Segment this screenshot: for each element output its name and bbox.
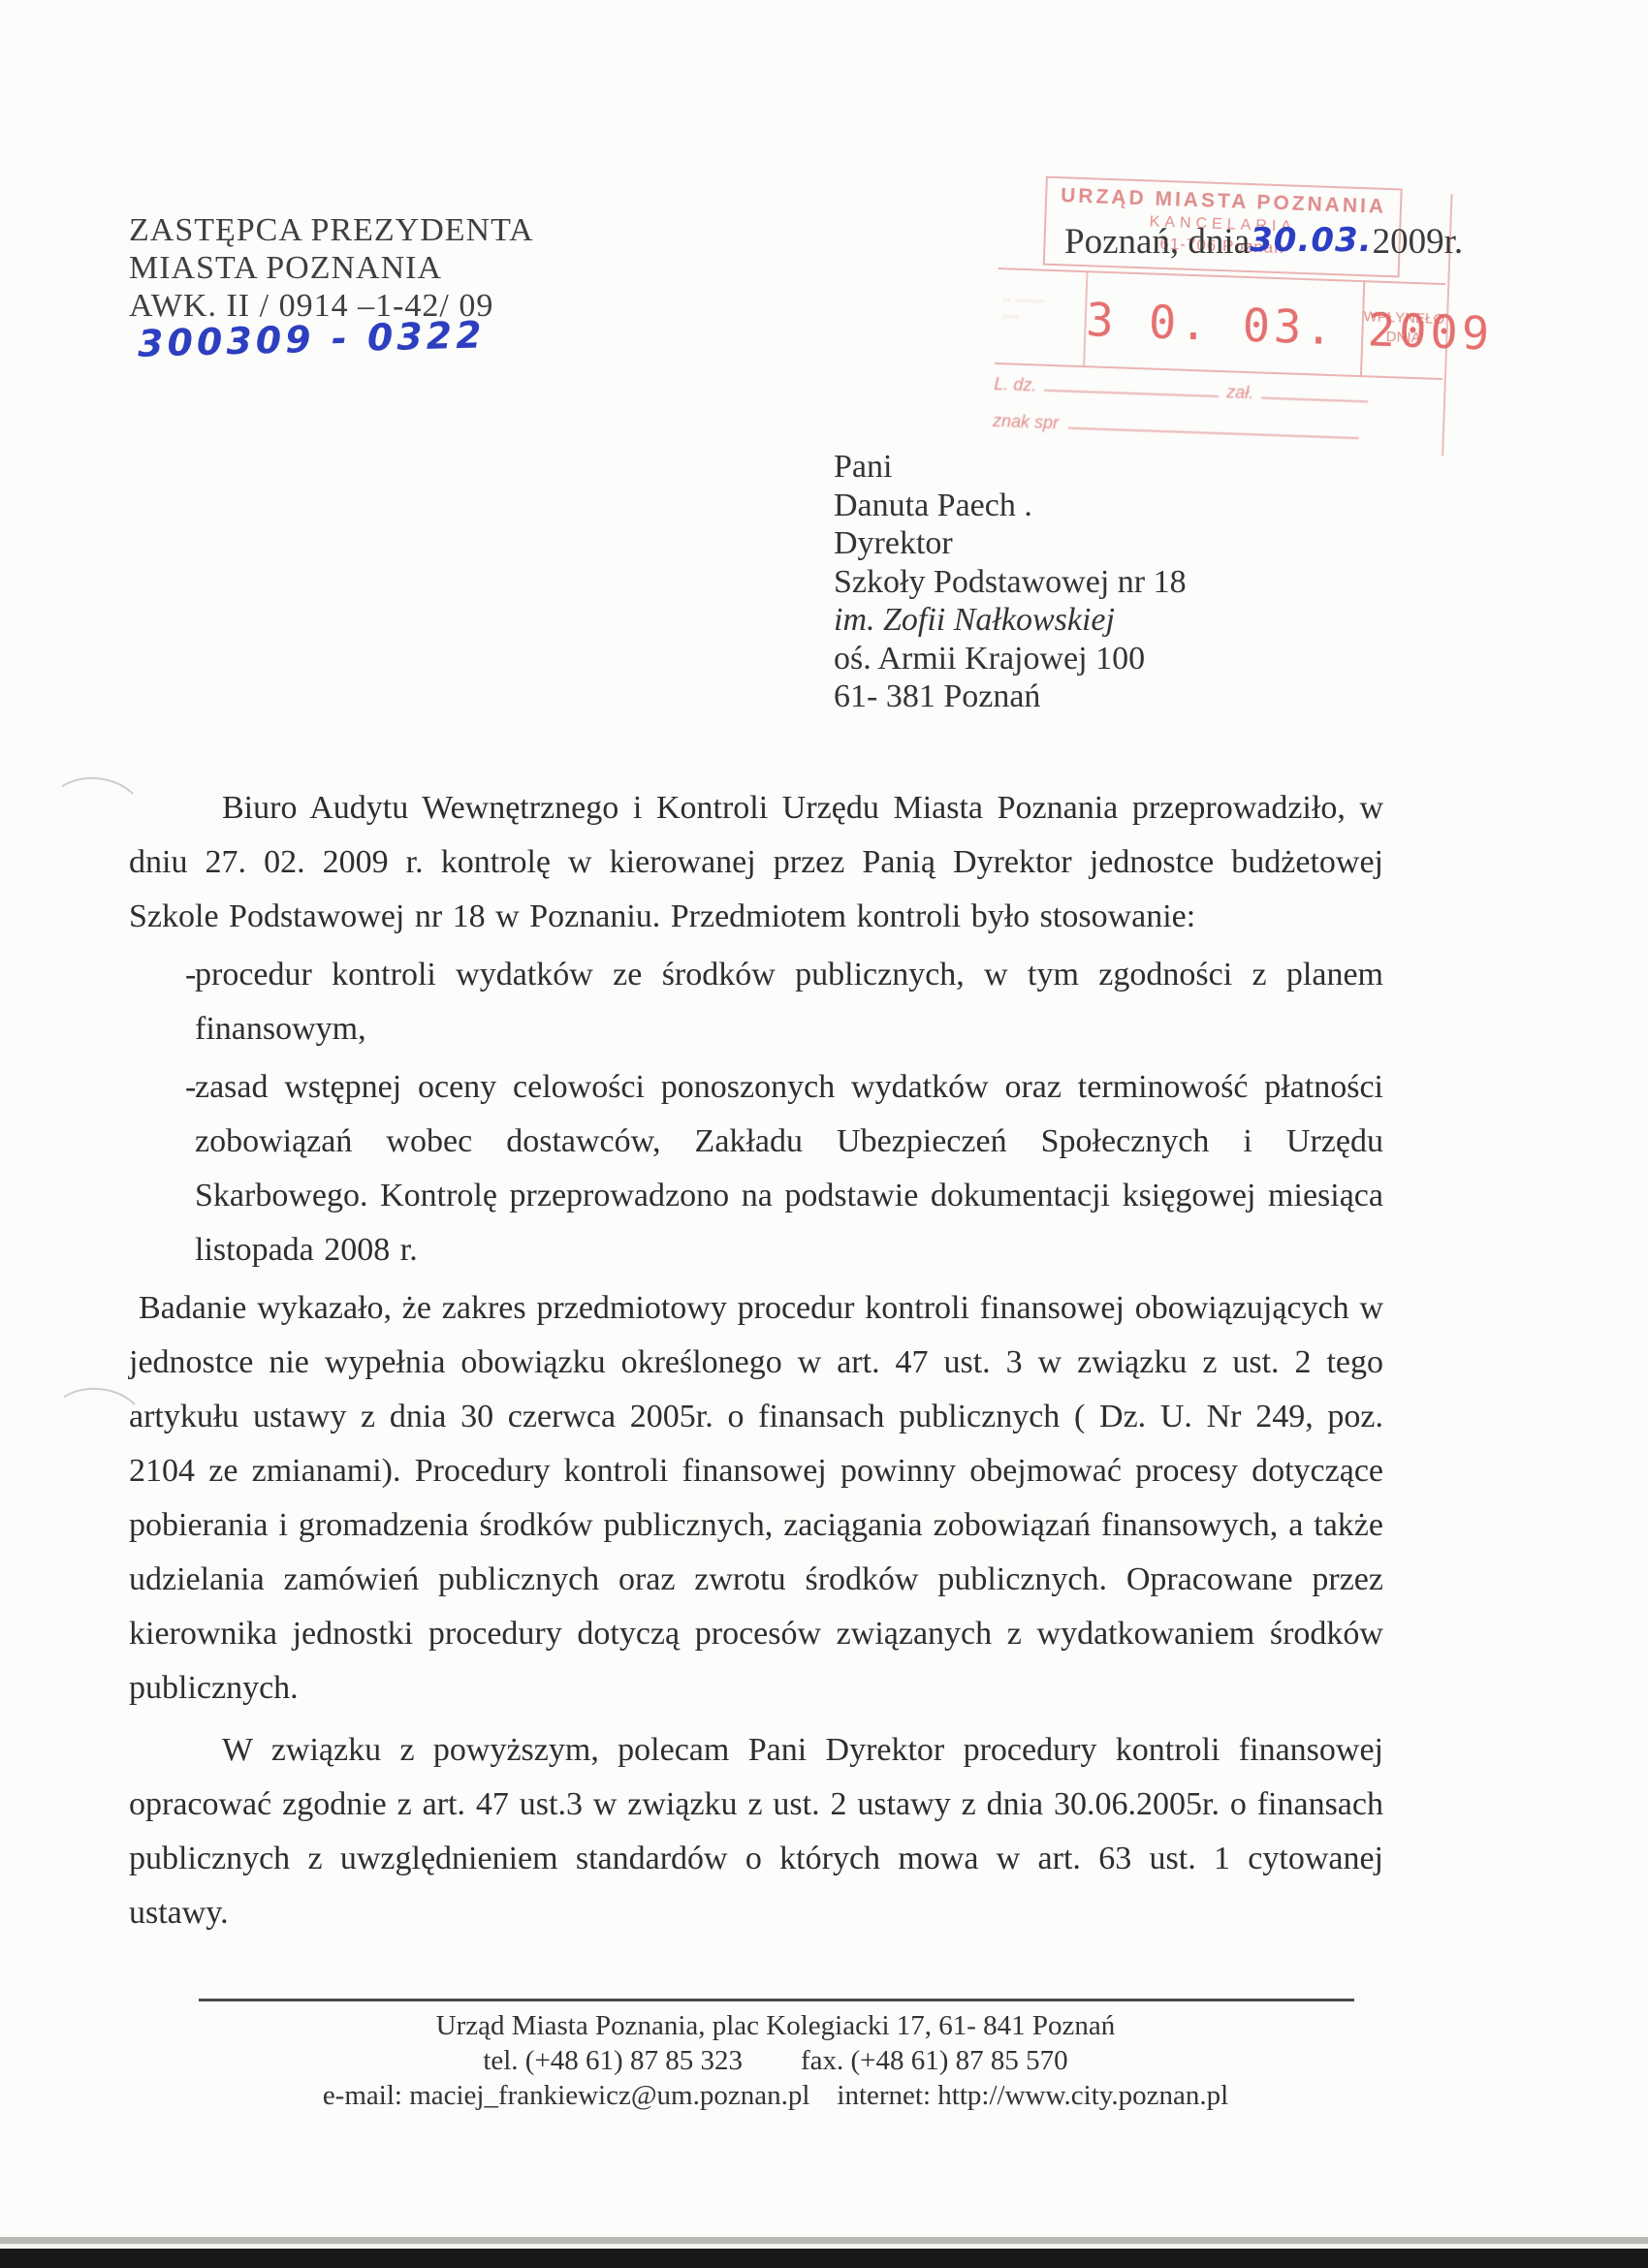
- stamp-received-label: WPŁYNĘŁO DNIA: [1360, 282, 1446, 378]
- footer-fax: fax. (+48 61) 87 85 570: [801, 2043, 1068, 2078]
- stamp-znak-row: znak spr: [993, 411, 1441, 447]
- stamp-ldz-row: L. dz.zał.: [994, 374, 1442, 410]
- paragraph-instruction: W związku z powyższym, polecam Pani Dyre…: [129, 1723, 1383, 1940]
- dateline-year: 2009r.: [1373, 222, 1464, 262]
- footer-email: e-mail: maciej_frankiewicz@um.poznan.pl: [323, 2078, 810, 2113]
- stamp-blank-line: [1044, 378, 1219, 397]
- footer-block: Urząd Miasta Poznania, plac Kolegiacki 1…: [145, 2008, 1406, 2113]
- bullet-dash: -: [185, 948, 196, 1002]
- recipient-salutation: Pani: [834, 448, 1187, 487]
- sender-block: ZASTĘPCA PREZYDENTA MIASTA POZNANIA AWK.…: [129, 211, 534, 325]
- footer-tel: tel. (+48 61) 87 85 323: [483, 2043, 743, 2078]
- footer-internet: internet: http://www.city.poznan.pl: [837, 2078, 1228, 2113]
- stamp-date-row: ·· ······· ···· 3 0. 03. 2009 WPŁYNĘŁO D…: [995, 268, 1445, 380]
- recipient-name: Danuta Paech .: [834, 487, 1187, 525]
- paragraph-findings: Badanie wykazało, że zakres przedmiotowy…: [129, 1281, 1383, 1716]
- bullet-item: - zasad wstępnej oceny celowości ponoszo…: [129, 1060, 1383, 1277]
- recipient-institution-patron: im. Zofii Nałkowskiej: [834, 601, 1187, 640]
- scan-edge: [0, 2249, 1648, 2268]
- handwritten-case-number: 300309 - 0322: [137, 313, 486, 364]
- recipient-role: Dyrektor: [834, 524, 1187, 563]
- footer-divider: [199, 1999, 1354, 2001]
- bullet-text: procedur kontroli wydatków ze środków pu…: [195, 957, 1383, 1047]
- footer-address: Urząd Miasta Poznania, plac Kolegiacki 1…: [145, 2008, 1406, 2043]
- recipient-city: 61- 381 Poznań: [834, 677, 1187, 716]
- stamp-ldz-label: L. dz.: [994, 374, 1037, 395]
- stamp-znak-label: znak spr: [993, 411, 1060, 432]
- dateline-prefix: Poznań, dnia: [1064, 222, 1250, 262]
- scanned-letter-page: ZASTĘPCA PREZYDENTA MIASTA POZNANIA AWK.…: [0, 0, 1648, 2268]
- recipient-block: Pani Danuta Paech . Dyrektor Szkoły Pods…: [834, 448, 1187, 716]
- bullet-text: zasad wstępnej oceny celowości ponoszony…: [195, 1069, 1383, 1268]
- stamp-zal-label: zał.: [1226, 382, 1254, 402]
- intake-stamp: URZĄD MIASTA POZNANIA KANCELARIA 61-706 …: [986, 173, 1452, 459]
- footer-phone-row: tel. (+48 61) 87 85 323 fax. (+48 61) 87…: [145, 2043, 1406, 2078]
- footer-web-row: e-mail: maciej_frankiewicz@um.poznan.pl …: [145, 2078, 1406, 2113]
- stamp-received-date: 3 0. 03. 2009: [1083, 272, 1363, 375]
- dateline: Poznań, dnia30.03.2009r.: [1064, 221, 1463, 263]
- paragraph-intro: Biuro Audytu Wewnętrznego i Kontroli Urz…: [129, 781, 1383, 944]
- letter-body: Biuro Audytu Wewnętrznego i Kontroli Urz…: [129, 781, 1383, 1940]
- sender-title-line2: MIASTA POZNANIA: [129, 249, 534, 287]
- bullet-dash: -: [185, 1060, 196, 1115]
- scan-edge: [0, 2237, 1648, 2244]
- stamp-blank-line: [1261, 386, 1368, 403]
- recipient-street: oś. Armii Krajowej 100: [834, 640, 1187, 678]
- handwritten-date: 30.03.: [1250, 221, 1372, 260]
- sender-title-line: ZASTĘPCA PREZYDENTA: [129, 211, 534, 249]
- stamp-blank-line: [1068, 416, 1359, 439]
- bullet-item: - procedur kontroli wydatków ze środków …: [129, 948, 1383, 1056]
- stamp-illegible-cell: ·· ······· ····: [995, 269, 1086, 365]
- recipient-institution: Szkoły Podstawowej nr 18: [834, 563, 1187, 602]
